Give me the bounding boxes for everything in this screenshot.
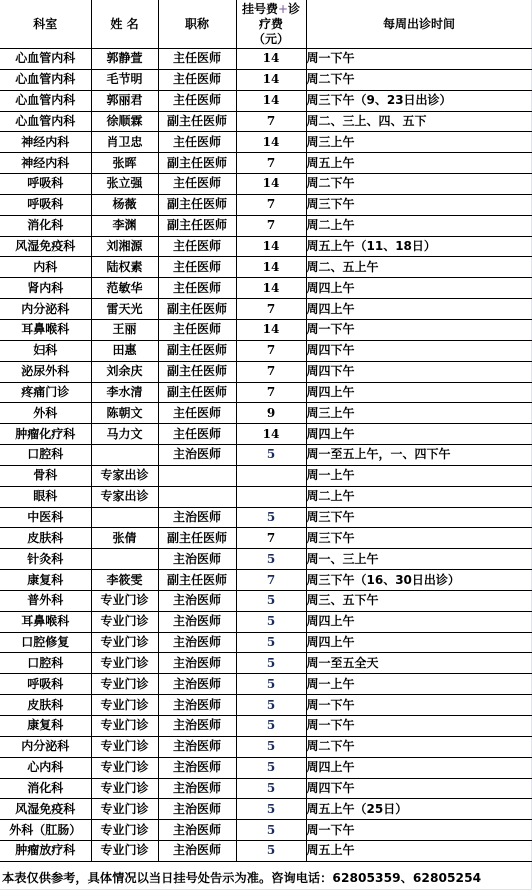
fee-cell: 7 (236, 382, 306, 403)
schedule-time-cell: 周五上午 (306, 841, 532, 862)
footer-note: 本表仅供参考，具体情况以当日挂号处告示为准。咨询电话：62805359、6280… (2, 869, 481, 886)
table-row: 耳鼻喉科王丽主任医师14周一下午 (0, 319, 532, 340)
dept-cell: 皮肤科 (0, 695, 91, 716)
schedule-time-cell: 周二上午 (306, 215, 532, 236)
schedule-time-cell: 周一下午 (306, 716, 532, 737)
dept-cell: 呼吸科 (0, 194, 91, 215)
title-cell (158, 465, 236, 486)
name-cell: 李水清 (91, 382, 158, 403)
table-row: 皮肤科张倩副主任医师7周三下午 (0, 528, 532, 549)
table-row: 心血管内科郭丽君主任医师14周三下午（9、23日出诊） (0, 90, 532, 111)
schedule-time-cell: 周一至五全天 (306, 653, 532, 674)
dept-cell: 神经内科 (0, 132, 91, 153)
title-cell: 副主任医师 (158, 215, 236, 236)
dept-cell: 内科 (0, 257, 91, 278)
fee-cell (236, 465, 306, 486)
table-row: 肾内科范敏华主任医师14周四上午 (0, 278, 532, 299)
schedule-time-cell: 周三下午（9、23日出诊） (306, 90, 532, 111)
table-row: 康复科李筱雯副主任医师7周三下午（16、30日出诊） (0, 570, 532, 591)
table-row: 外科陈朝文主任医师9周三上午 (0, 403, 532, 424)
title-cell: 副主任医师 (158, 153, 236, 174)
name-cell: 马力文 (91, 424, 158, 445)
fee-cell: 14 (236, 257, 306, 278)
table-row: 外科（肛肠）专业门诊主治医师5周一下午 (0, 820, 532, 841)
table-row: 内分泌科专业门诊主治医师5周二下午 (0, 736, 532, 757)
schedule-time-cell: 周四上午 (306, 299, 532, 320)
schedule-time-cell: 周二下午 (306, 736, 532, 757)
table-row: 耳鼻喉科专业门诊主治医师5周四上午 (0, 611, 532, 632)
schedule-time-cell: 周三下午 (306, 528, 532, 549)
fee-cell: 5 (236, 799, 306, 820)
name-cell: 肖卫忠 (91, 132, 158, 153)
table-row: 肿瘤化疗科马力文主任医师14周四上午 (0, 424, 532, 445)
name-cell (91, 445, 158, 466)
fee-cell: 14 (236, 69, 306, 90)
fee-cell: 7 (236, 215, 306, 236)
schedule-time-cell: 周一上午 (306, 465, 532, 486)
title-cell: 主任医师 (158, 49, 236, 70)
header-schedule: 每周出诊时间 (306, 0, 532, 49)
dept-cell: 神经内科 (0, 153, 91, 174)
dept-cell: 耳鼻喉科 (0, 611, 91, 632)
name-cell: 毛节明 (91, 69, 158, 90)
title-cell: 主任医师 (158, 236, 236, 257)
header-fee-plus: + (278, 2, 288, 16)
title-cell: 副主任医师 (158, 340, 236, 361)
schedule-time-cell: 周一上午 (306, 674, 532, 695)
table-row: 内科陆权素主任医师14周二、五上午 (0, 257, 532, 278)
schedule-time-cell: 周二下午 (306, 174, 532, 195)
table-row: 神经内科张晖副主任医师7周五上午 (0, 153, 532, 174)
dept-cell: 心血管内科 (0, 49, 91, 70)
name-cell: 专业门诊 (91, 799, 158, 820)
dept-cell: 口腔科 (0, 653, 91, 674)
dept-cell: 泌尿外科 (0, 361, 91, 382)
title-cell: 主任医师 (158, 403, 236, 424)
table-row: 风湿免疫科专业门诊主治医师5周五上午（25日） (0, 799, 532, 820)
table-row: 呼吸科杨薇副主任医师7周三下午 (0, 194, 532, 215)
title-cell: 主治医师 (158, 820, 236, 841)
dept-cell: 中医科 (0, 507, 91, 528)
table-header-row: 科室 姓 名 职称 挂号费+诊 疗费 （元） 每周出诊时间 (0, 0, 532, 49)
name-cell: 专业门诊 (91, 590, 158, 611)
fee-cell: 7 (236, 299, 306, 320)
title-cell: 副主任医师 (158, 299, 236, 320)
dept-cell: 呼吸科 (0, 674, 91, 695)
schedule-time-cell: 周二、三上、四、五下 (306, 111, 532, 132)
dept-cell: 妇科 (0, 340, 91, 361)
schedule-time-cell: 周一至五上午，一、四下午 (306, 445, 532, 466)
schedule-time-cell: 周三下午 (306, 194, 532, 215)
header-fee-line1: 挂号费 (242, 2, 278, 16)
schedule-time-cell: 周四上午 (306, 757, 532, 778)
table-body: 心血管内科郭静萱主任医师14周一下午心血管内科毛节明主任医师14周二下午心血管内… (0, 49, 532, 862)
schedule-time-cell: 周三下午 (306, 507, 532, 528)
name-cell: 田惠 (91, 340, 158, 361)
title-cell: 主治医师 (158, 695, 236, 716)
fee-cell: 7 (236, 528, 306, 549)
title-cell: 主治医师 (158, 590, 236, 611)
schedule-time-cell: 周二上午 (306, 486, 532, 507)
name-cell (91, 549, 158, 570)
dept-cell: 口腔修复 (0, 632, 91, 653)
name-cell: 范敏华 (91, 278, 158, 299)
name-cell: 王丽 (91, 319, 158, 340)
schedule-time-cell: 周三下午（16、30日出诊） (306, 570, 532, 591)
schedule-time-cell: 周四下午 (306, 340, 532, 361)
header-fee-line3: （元） (253, 32, 289, 46)
title-cell: 主任医师 (158, 69, 236, 90)
schedule-time-cell: 周四下午 (306, 778, 532, 799)
name-cell: 专业门诊 (91, 757, 158, 778)
title-cell: 主治医师 (158, 445, 236, 466)
name-cell: 杨薇 (91, 194, 158, 215)
table-row: 骨科专家出诊周一上午 (0, 465, 532, 486)
title-cell: 主任医师 (158, 132, 236, 153)
header-name: 姓 名 (91, 0, 158, 49)
schedule-time-cell: 周五上午（11、18日） (306, 236, 532, 257)
table-row: 康复科专业门诊主治医师5周一下午 (0, 716, 532, 737)
header-fee-line1b: 诊 (288, 2, 300, 16)
table-row: 心血管内科徐顺霖副主任医师7周二、三上、四、五下 (0, 111, 532, 132)
table-row: 肿瘤放疗科专业门诊主治医师5周五上午 (0, 841, 532, 862)
dept-cell: 针灸科 (0, 549, 91, 570)
header-fee-line2: 疗费 (259, 17, 283, 31)
dept-cell: 内分泌科 (0, 736, 91, 757)
schedule-time-cell: 周四下午 (306, 361, 532, 382)
table-row: 针灸科主治医师5周一、三上午 (0, 549, 532, 570)
name-cell: 专业门诊 (91, 778, 158, 799)
dept-cell: 外科（肛肠） (0, 820, 91, 841)
table-row: 皮肤科专业门诊主治医师5周一下午 (0, 695, 532, 716)
title-cell: 主任医师 (158, 278, 236, 299)
header-fee: 挂号费+诊 疗费 （元） (236, 0, 306, 49)
fee-cell: 5 (236, 674, 306, 695)
fee-cell: 14 (236, 49, 306, 70)
clinic-schedule-table: 科室 姓 名 职称 挂号费+诊 疗费 （元） 每周出诊时间 心血管内科郭静萱主任… (0, 0, 532, 862)
title-cell: 主治医师 (158, 778, 236, 799)
schedule-time-cell: 周一下午 (306, 49, 532, 70)
schedule-time-cell: 周四上午 (306, 632, 532, 653)
name-cell: 陆权素 (91, 257, 158, 278)
dept-cell: 康复科 (0, 570, 91, 591)
title-cell: 主治医师 (158, 757, 236, 778)
title-cell: 副主任医师 (158, 528, 236, 549)
title-cell: 主任医师 (158, 424, 236, 445)
schedule-time-cell: 周一下午 (306, 820, 532, 841)
table-row: 风湿免疫科刘湘源主任医师14周五上午（11、18日） (0, 236, 532, 257)
fee-cell: 14 (236, 319, 306, 340)
table-row: 妇科田惠副主任医师7周四下午 (0, 340, 532, 361)
title-cell: 主治医师 (158, 841, 236, 862)
fee-cell: 14 (236, 90, 306, 111)
table-row: 消化科李渊副主任医师7周二上午 (0, 215, 532, 236)
fee-cell: 5 (236, 778, 306, 799)
schedule-time-cell: 周三、五下午 (306, 590, 532, 611)
title-cell: 副主任医师 (158, 361, 236, 382)
table-row: 呼吸科张立强主任医师14周二下午 (0, 174, 532, 195)
dept-cell: 耳鼻喉科 (0, 319, 91, 340)
fee-cell: 5 (236, 695, 306, 716)
dept-cell: 心血管内科 (0, 90, 91, 111)
name-cell: 张晖 (91, 153, 158, 174)
name-cell: 李渊 (91, 215, 158, 236)
dept-cell: 肿瘤化疗科 (0, 424, 91, 445)
name-cell: 专业门诊 (91, 632, 158, 653)
schedule-time-cell: 周四上午 (306, 382, 532, 403)
name-cell: 专业门诊 (91, 653, 158, 674)
table-row: 疼痛门诊李水清副主任医师7周四上午 (0, 382, 532, 403)
header-title: 职称 (158, 0, 236, 49)
name-cell: 专业门诊 (91, 674, 158, 695)
title-cell: 主任医师 (158, 319, 236, 340)
schedule-time-cell: 周四上午 (306, 278, 532, 299)
dept-cell: 消化科 (0, 778, 91, 799)
dept-cell: 皮肤科 (0, 528, 91, 549)
fee-cell: 14 (236, 236, 306, 257)
table-row: 口腔科专业门诊主治医师5周一至五全天 (0, 653, 532, 674)
dept-cell: 康复科 (0, 716, 91, 737)
dept-cell: 疼痛门诊 (0, 382, 91, 403)
dept-cell: 骨科 (0, 465, 91, 486)
title-cell: 主治医师 (158, 674, 236, 695)
fee-cell: 5 (236, 445, 306, 466)
name-cell: 陈朝文 (91, 403, 158, 424)
title-cell: 主治医师 (158, 632, 236, 653)
fee-cell: 5 (236, 757, 306, 778)
fee-cell: 7 (236, 153, 306, 174)
dept-cell: 肿瘤放疗科 (0, 841, 91, 862)
schedule-time-cell: 周三上午 (306, 403, 532, 424)
name-cell: 刘湘源 (91, 236, 158, 257)
fee-cell: 9 (236, 403, 306, 424)
title-cell: 主任医师 (158, 90, 236, 111)
name-cell: 专家出诊 (91, 486, 158, 507)
name-cell: 刘余庆 (91, 361, 158, 382)
table-row: 心血管内科毛节明主任医师14周二下午 (0, 69, 532, 90)
name-cell: 专业门诊 (91, 611, 158, 632)
fee-cell: 14 (236, 132, 306, 153)
title-cell: 副主任医师 (158, 194, 236, 215)
title-cell: 主治医师 (158, 507, 236, 528)
table-row: 普外科专业门诊主治医师5周三、五下午 (0, 590, 532, 611)
fee-cell: 5 (236, 549, 306, 570)
table-row: 呼吸科专业门诊主治医师5周一上午 (0, 674, 532, 695)
dept-cell: 眼科 (0, 486, 91, 507)
fee-cell: 5 (236, 841, 306, 862)
schedule-time-cell: 周一下午 (306, 695, 532, 716)
fee-cell (236, 486, 306, 507)
name-cell: 专业门诊 (91, 820, 158, 841)
table-row: 口腔科主治医师5周一至五上午，一、四下午 (0, 445, 532, 466)
table-row: 口腔修复专业门诊主治医师5周四上午 (0, 632, 532, 653)
name-cell: 专家出诊 (91, 465, 158, 486)
name-cell: 雷天光 (91, 299, 158, 320)
schedule-time-cell: 周一、三上午 (306, 549, 532, 570)
title-cell: 主治医师 (158, 611, 236, 632)
dept-cell: 风湿免疫科 (0, 236, 91, 257)
fee-cell: 7 (236, 111, 306, 132)
schedule-time-cell: 周一下午 (306, 319, 532, 340)
title-cell: 主治医师 (158, 716, 236, 737)
title-cell: 主治医师 (158, 736, 236, 757)
name-cell: 专业门诊 (91, 695, 158, 716)
fee-cell: 5 (236, 736, 306, 757)
dept-cell: 消化科 (0, 215, 91, 236)
table-row: 泌尿外科刘余庆副主任医师7周四下午 (0, 361, 532, 382)
dept-cell: 心血管内科 (0, 69, 91, 90)
header-dept: 科室 (0, 0, 91, 49)
dept-cell: 心内科 (0, 757, 91, 778)
dept-cell: 外科 (0, 403, 91, 424)
title-cell (158, 486, 236, 507)
fee-cell: 7 (236, 361, 306, 382)
name-cell: 专业门诊 (91, 841, 158, 862)
title-cell: 副主任医师 (158, 111, 236, 132)
schedule-time-cell: 周二下午 (306, 69, 532, 90)
fee-cell: 7 (236, 194, 306, 215)
table-row: 眼科专家出诊周二上午 (0, 486, 532, 507)
table-row: 内分泌科雷天光副主任医师7周四上午 (0, 299, 532, 320)
name-cell: 专业门诊 (91, 716, 158, 737)
fee-cell: 14 (236, 174, 306, 195)
dept-cell: 风湿免疫科 (0, 799, 91, 820)
name-cell: 徐顺霖 (91, 111, 158, 132)
fee-cell: 7 (236, 570, 306, 591)
title-cell: 副主任医师 (158, 382, 236, 403)
table-row: 心内科专业门诊主治医师5周四上午 (0, 757, 532, 778)
fee-cell: 5 (236, 820, 306, 841)
table-row: 中医科主治医师5周三下午 (0, 507, 532, 528)
fee-cell: 5 (236, 716, 306, 737)
dept-cell: 心血管内科 (0, 111, 91, 132)
fee-cell: 5 (236, 590, 306, 611)
dept-cell: 内分泌科 (0, 299, 91, 320)
name-cell: 专业门诊 (91, 736, 158, 757)
title-cell: 主治医师 (158, 653, 236, 674)
fee-cell: 14 (236, 424, 306, 445)
table-row: 神经内科肖卫忠主任医师14周三上午 (0, 132, 532, 153)
fee-cell: 7 (236, 340, 306, 361)
title-cell: 副主任医师 (158, 570, 236, 591)
name-cell: 张倩 (91, 528, 158, 549)
name-cell: 郭丽君 (91, 90, 158, 111)
name-cell: 郭静萱 (91, 49, 158, 70)
schedule-time-cell: 周五上午（25日） (306, 799, 532, 820)
fee-cell: 5 (236, 632, 306, 653)
title-cell: 主治医师 (158, 549, 236, 570)
dept-cell: 肾内科 (0, 278, 91, 299)
fee-cell: 5 (236, 611, 306, 632)
fee-cell: 5 (236, 653, 306, 674)
schedule-time-cell: 周三上午 (306, 132, 532, 153)
schedule-time-cell: 周四上午 (306, 611, 532, 632)
name-cell: 张立强 (91, 174, 158, 195)
dept-cell: 口腔科 (0, 445, 91, 466)
schedule-time-cell: 周五上午 (306, 153, 532, 174)
table-row: 心血管内科郭静萱主任医师14周一下午 (0, 49, 532, 70)
name-cell: 李筱雯 (91, 570, 158, 591)
fee-cell: 5 (236, 507, 306, 528)
table-row: 消化科专业门诊主治医师5周四下午 (0, 778, 532, 799)
title-cell: 主治医师 (158, 799, 236, 820)
schedule-time-cell: 周四上午 (306, 424, 532, 445)
title-cell: 主任医师 (158, 257, 236, 278)
title-cell: 主任医师 (158, 174, 236, 195)
dept-cell: 普外科 (0, 590, 91, 611)
schedule-time-cell: 周二、五上午 (306, 257, 532, 278)
dept-cell: 呼吸科 (0, 174, 91, 195)
fee-cell: 14 (236, 278, 306, 299)
name-cell (91, 507, 158, 528)
